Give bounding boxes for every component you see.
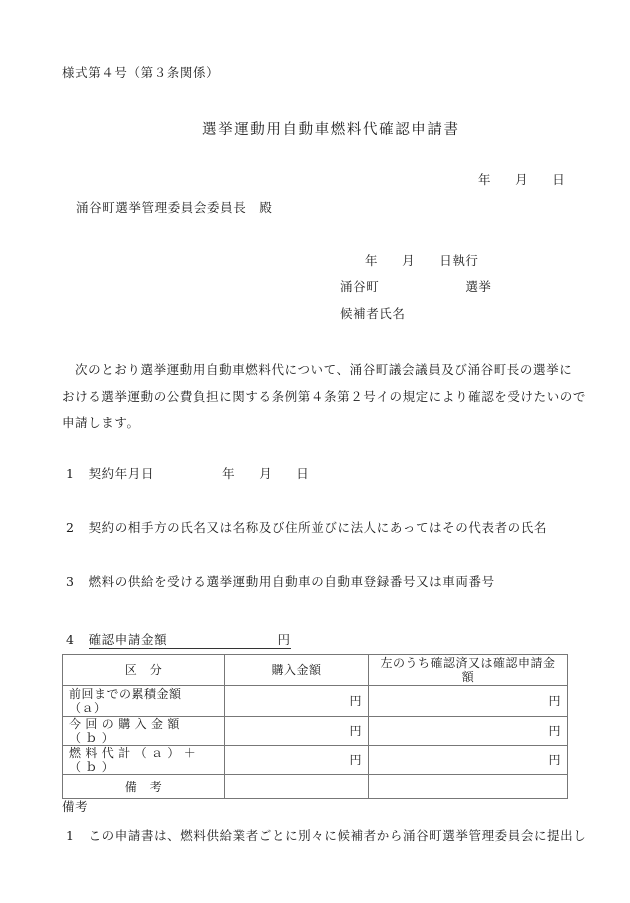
election-day-field[interactable]: 日執行	[439, 253, 478, 268]
date-day-field[interactable]: 日	[552, 172, 565, 187]
notes-heading: 備考	[62, 797, 88, 815]
application-date: 年月日	[478, 170, 565, 188]
body-paragraph: 次のとおり選挙運動用自動車燃料代について、涌谷町議会議員及び涌谷町長の選挙に お…	[62, 357, 586, 437]
election-name: 涌谷町選挙	[340, 277, 492, 295]
contract-month-field[interactable]: 月	[259, 466, 272, 481]
item-3-vehicle-number: 3燃料の供給を受ける選挙運動用自動車の自動車登録番号又は車両番号	[66, 572, 495, 590]
election-suffix: 選挙	[465, 279, 491, 294]
header-category: 区 分	[63, 655, 225, 686]
table-header-row: 区 分 購入金額 左のうち確認済又は確認申請金額	[63, 655, 568, 686]
date-month-field[interactable]: 月	[515, 172, 528, 187]
note-item-1: 1この申請書は、燃料供給業者ごとに別々に候補者から涌谷町選挙管理委員会に提出し	[66, 826, 586, 844]
table-row: 燃料代計（ａ）＋（ｂ） 円 円	[63, 746, 568, 775]
candidate-label: 候補者氏名	[340, 306, 406, 321]
town-label: 涌谷町	[340, 279, 379, 294]
cumulative-confirmed-cell[interactable]: 円	[369, 686, 568, 717]
requested-amount-field[interactable]: 確認申請金額円	[89, 630, 291, 649]
item-4-requested-amount: 4確認申請金額円	[66, 630, 291, 649]
candidate-name: 候補者氏名	[340, 304, 560, 322]
table-row: 前回までの累積金額 （ａ） 円 円	[63, 686, 568, 717]
header-confirmed-amount: 左のうち確認済又は確認申請金額	[369, 655, 568, 686]
election-date: 年月日執行	[365, 251, 479, 269]
current-confirmed-cell[interactable]: 円	[369, 717, 568, 746]
table-row: 今回の購入金額（ｂ） 円 円	[63, 717, 568, 746]
current-purchase-cell[interactable]: 円	[225, 717, 369, 746]
total-confirmed-cell[interactable]: 円	[369, 746, 568, 775]
remarks-purchase-cell[interactable]	[225, 775, 369, 799]
date-year-field[interactable]: 年	[478, 172, 491, 187]
item-1-contract-date: 1契約年月日年月日	[66, 464, 309, 482]
header-purchase-amount: 購入金額	[225, 655, 369, 686]
contract-day-field[interactable]: 日	[296, 466, 309, 481]
addressee: 涌谷町選挙管理委員会委員長 殿	[76, 198, 273, 216]
fuel-cost-table: 区 分 購入金額 左のうち確認済又は確認申請金額 前回までの累積金額 （ａ） 円…	[62, 654, 568, 799]
election-year-field[interactable]: 年	[365, 253, 378, 268]
form-number: 様式第４号（第３条関係）	[62, 63, 219, 81]
total-purchase-cell[interactable]: 円	[225, 746, 369, 775]
contract-year-field[interactable]: 年	[222, 466, 235, 481]
remarks-confirmed-cell[interactable]	[369, 775, 568, 799]
item-2-contract-party: 2契約の相手方の氏名又は名称及び住所並びに法人にあってはその代表者の氏名	[66, 518, 547, 536]
document-title: 選挙運動用自動車燃料代確認申請書	[202, 118, 460, 139]
cumulative-purchase-cell[interactable]: 円	[225, 686, 369, 717]
election-month-field[interactable]: 月	[402, 253, 415, 268]
table-row: 備 考	[63, 775, 568, 799]
